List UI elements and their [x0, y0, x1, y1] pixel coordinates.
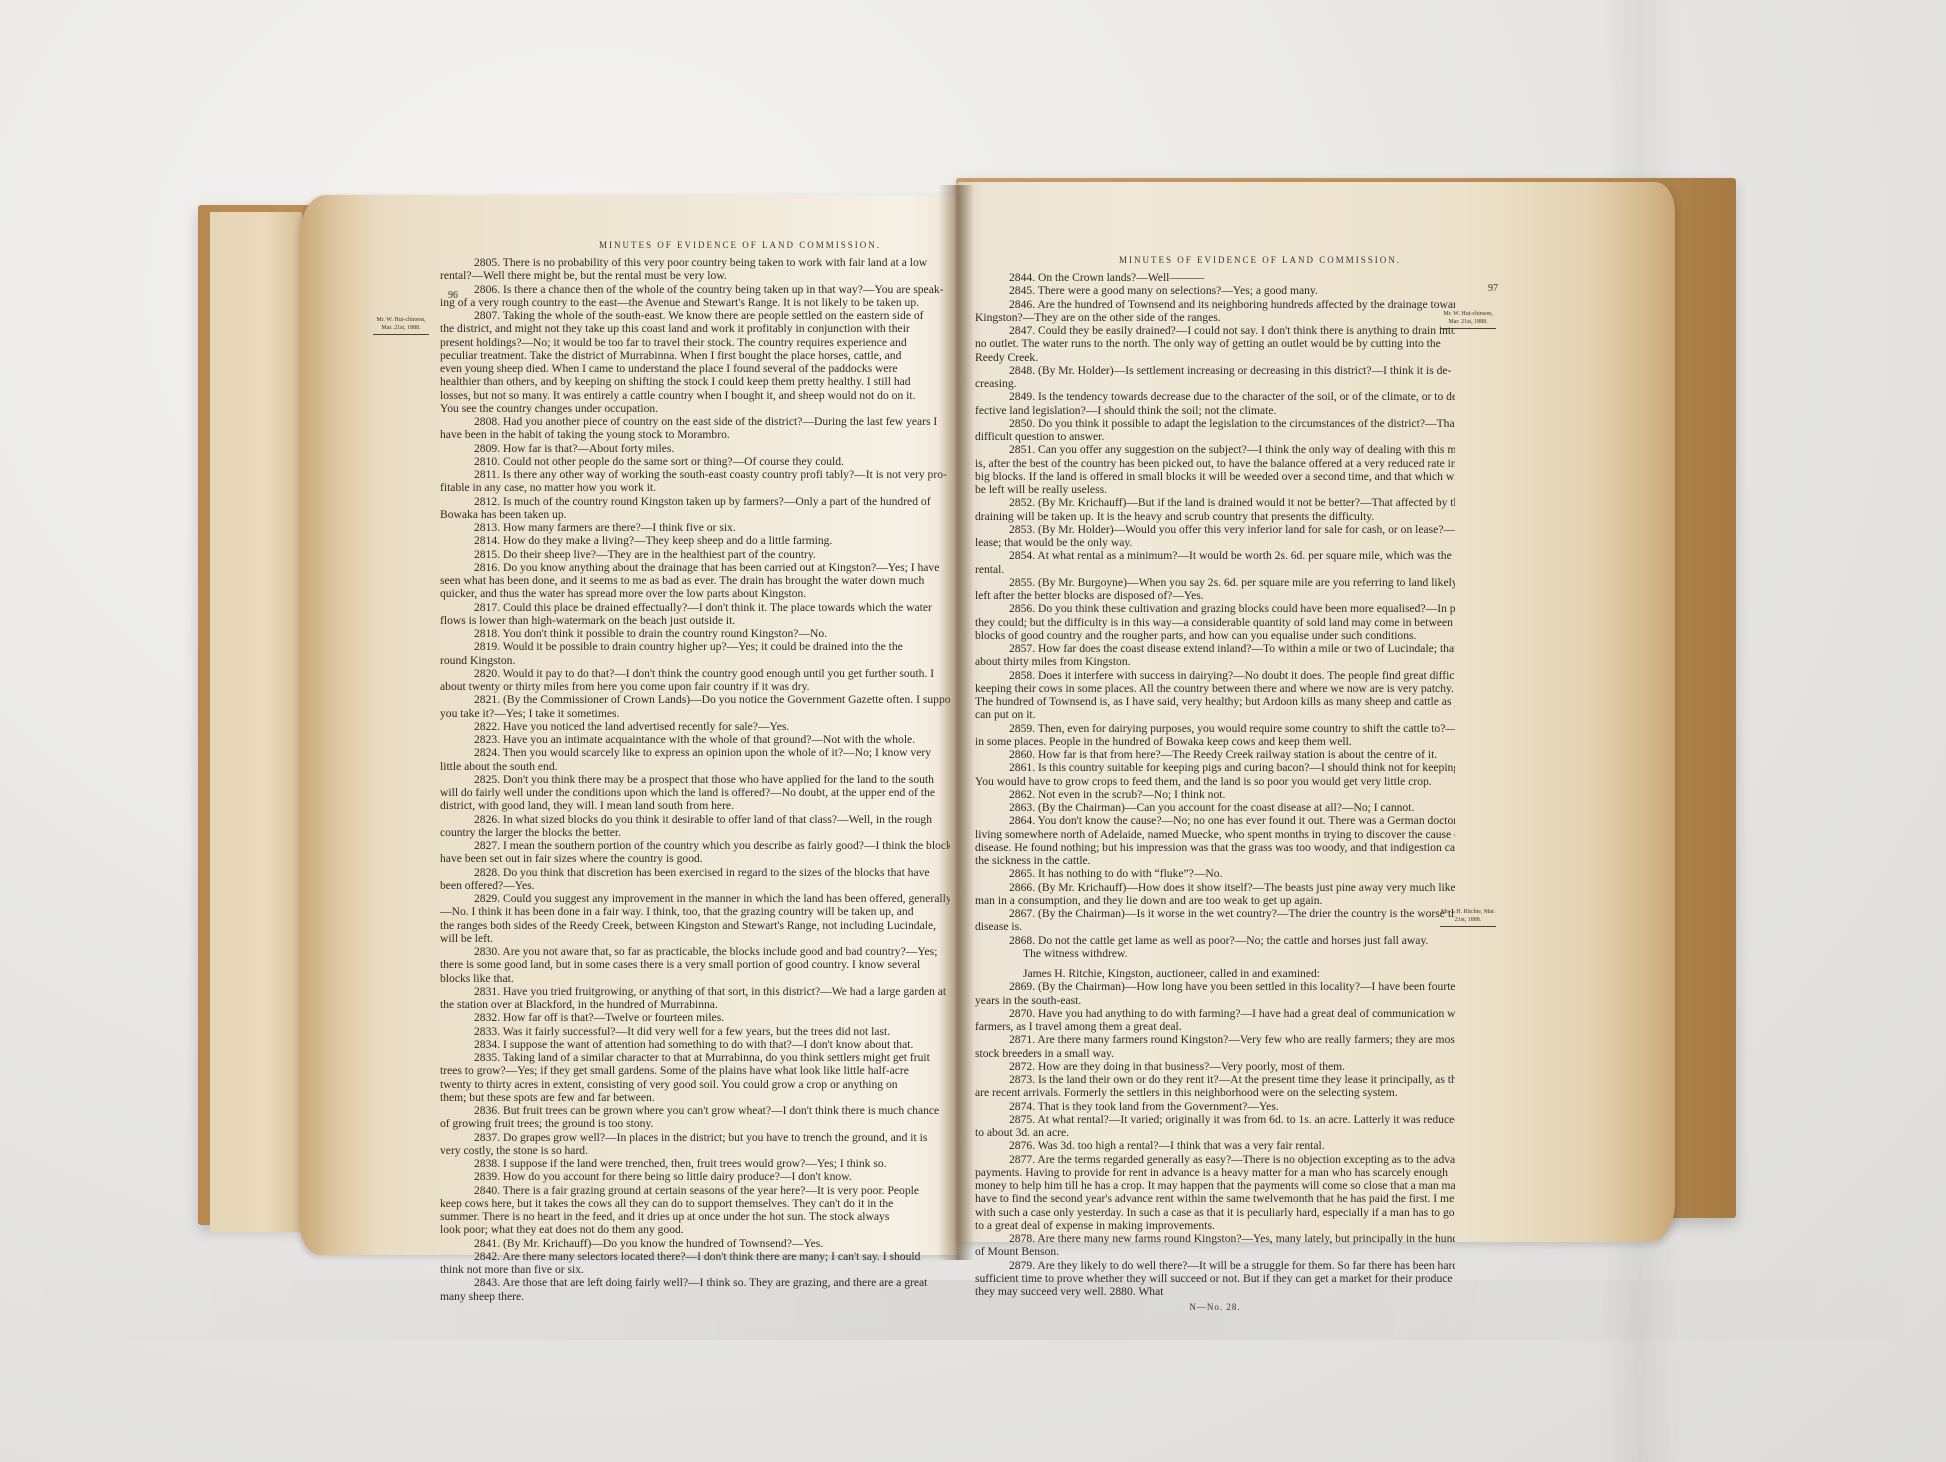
text-line: 2817. Could this place be drained effect…: [440, 601, 950, 614]
text-line: about twenty or thirty miles from here y…: [440, 680, 950, 693]
text-line: 2875. At what rental?—It varied; origina…: [975, 1113, 1455, 1126]
text-line: with such a case only yesterday. In such…: [975, 1206, 1455, 1219]
text-line: 2826. In what sized blocks do you think …: [440, 813, 950, 826]
text-line: 2848. (By Mr. Holder)—Is settlement incr…: [975, 364, 1455, 377]
text-line: of growing fruit trees; the ground is to…: [440, 1117, 950, 1130]
text-line: seen what has been done, and it seems to…: [440, 574, 950, 587]
margin-note: Mr. W. Hut-chinson, Mar. 21st, 1888.: [1440, 310, 1496, 329]
text-line: 2829. Could you suggest any improvement …: [440, 892, 950, 905]
text-line: many sheep there.: [440, 1290, 950, 1303]
text-line: 2843. Are those that are left doing fair…: [440, 1276, 950, 1289]
text-line: 2849. Is the tendency towards decrease d…: [975, 390, 1455, 403]
text-line: rental.: [975, 563, 1455, 576]
text-line: 2868. Do not the cattle get lame as well…: [975, 934, 1455, 947]
text-line: present holdings?—No; it would be too fa…: [440, 336, 950, 349]
text-line: blocks like that.: [440, 972, 950, 985]
text-line: of Mount Benson.: [975, 1245, 1455, 1258]
text-line: 2847. Could they be easily drained?—I co…: [975, 324, 1455, 337]
text-line: 2858. Does it interfere with success in …: [975, 669, 1455, 682]
page-text: 2844. On the Crown lands?—Well———2845. T…: [975, 271, 1455, 1298]
text-line: fective land legislation?—I should think…: [975, 404, 1455, 417]
text-line: 2805. There is no probability of this ve…: [440, 256, 950, 269]
text-line: man in a consumption, and they lie down …: [975, 894, 1455, 907]
text-line: creasing.: [975, 377, 1455, 390]
text-line: keeping their cows in some places. All t…: [975, 682, 1455, 695]
text-line: years in the south-east.: [975, 994, 1455, 1007]
text-line: district, with good land, they will. I m…: [440, 799, 950, 812]
text-line: You see the country changes under occupa…: [440, 402, 950, 415]
text-line: ing of a very rough country to the east—…: [440, 296, 950, 309]
text-line: keep cows here, but it takes the cows al…: [440, 1197, 950, 1210]
text-line: 2876. Was 3d. too high a rental?—I think…: [975, 1139, 1455, 1152]
text-line: 2827. I mean the southern portion of the…: [440, 839, 950, 852]
text-line: the district, and might not they take up…: [440, 322, 950, 335]
text-line: 2814. How do they make a living?—They ke…: [440, 534, 950, 547]
text-line: 2851. Can you offer any suggestion on th…: [975, 443, 1455, 456]
text-line: been offered?—Yes.: [440, 879, 950, 892]
text-line: 2842. Are there many selectors located t…: [440, 1250, 950, 1263]
text-line: 2877. Are the terms regarded generally a…: [975, 1153, 1455, 1166]
text-line: in some places. People in the hundred of…: [975, 735, 1455, 748]
left-page: MINUTES OF EVIDENCE OF LAND COMMISSION. …: [440, 240, 950, 1303]
text-line: fitable in any case, no matter how you w…: [440, 481, 950, 494]
text-line: disease. He found nothing; but his impre…: [975, 841, 1455, 854]
text-line: 2861. Is this country suitable for keepi…: [975, 761, 1455, 774]
text-line: will do fairly well under the conditions…: [440, 786, 950, 799]
text-line: 2862. Not even in the scrub?—No; I think…: [975, 788, 1455, 801]
text-line: 2839. How do you account for there being…: [440, 1170, 950, 1183]
text-line: farmers, as I travel among them a great …: [975, 1020, 1455, 1033]
text-line: 2853. (By Mr. Holder)—Would you offer th…: [975, 523, 1455, 536]
text-line: 2852. (By Mr. Krichauff)—But if the land…: [975, 496, 1455, 509]
text-line: 2838. I suppose if the land were trenche…: [440, 1157, 950, 1170]
flyleaf: [210, 212, 302, 1232]
text-line: think not more than five or six.: [440, 1263, 950, 1276]
text-line: 2812. Is much of the country round Kings…: [440, 495, 950, 508]
text-line: 2864. You don't know the cause?—No; no o…: [975, 814, 1455, 827]
text-line: [975, 960, 1455, 967]
text-line: left after the better blocks are dispose…: [975, 589, 1455, 602]
text-line: 2815. Do their sheep live?—They are in t…: [440, 548, 950, 561]
text-line: country the larger the blocks the better…: [440, 826, 950, 839]
text-line: 2845. There were a good many on selectio…: [975, 284, 1455, 297]
text-line: healthier than others, and by keeping on…: [440, 375, 950, 388]
text-line: 2828. Do you think that discretion has b…: [440, 866, 950, 879]
text-line: be left will be really useless.: [975, 483, 1455, 496]
text-line: 2869. (By the Chairman)—How long have yo…: [975, 980, 1455, 993]
text-line: look poor; what they eat does not do the…: [440, 1223, 950, 1236]
margin-note: Mr. J. H. Ritchie, Mar. 21st, 1888.: [1440, 908, 1496, 927]
text-line: money to help him till he has a crop. It…: [975, 1179, 1455, 1192]
text-line: about thirty miles from Kingston.: [975, 655, 1455, 668]
page-text: 2805. There is no probability of this ve…: [440, 256, 950, 1303]
text-line: the station over at Blackford, in the hu…: [440, 998, 950, 1011]
text-line: 2806. Is there a chance then of the whol…: [440, 283, 950, 296]
text-line: have been set out in fair sizes where th…: [440, 852, 950, 865]
text-line: 2807. Taking the whole of the south-east…: [440, 309, 950, 322]
text-line: Bowaka has been taken up.: [440, 508, 950, 521]
text-line: 2840. There is a fair grazing ground at …: [440, 1184, 950, 1197]
text-line: living somewhere north of Adelaide, name…: [975, 828, 1455, 841]
text-line: 2833. Was it fairly successful?—It did v…: [440, 1025, 950, 1038]
text-line: —No. I think it has been done in a fair …: [440, 905, 950, 918]
text-line: 2850. Do you think it possible to adapt …: [975, 417, 1455, 430]
running-head: MINUTES OF EVIDENCE OF LAND COMMISSION.: [1065, 255, 1455, 265]
text-line: blocks of good country and the rougher p…: [975, 629, 1455, 642]
text-line: 2867. (By the Chairman)—Is it worse in t…: [975, 907, 1455, 920]
text-line: 2870. Have you had anything to do with f…: [975, 1007, 1455, 1020]
text-line: James H. Ritchie, Kingston, auctioneer, …: [975, 967, 1455, 980]
text-line: 2857. How far does the coast disease ext…: [975, 642, 1455, 655]
text-line: 2824. Then you would scarcely like to ex…: [440, 746, 950, 759]
text-line: stock breeders in a small way.: [975, 1047, 1455, 1060]
text-line: difficult question to answer.: [975, 430, 1455, 443]
text-line: no outlet. The water runs to the north. …: [975, 337, 1455, 350]
text-line: 2856. Do you think these cultivation and…: [975, 602, 1455, 615]
text-line: 2859. Then, even for dairying purposes, …: [975, 722, 1455, 735]
text-line: 2854. At what rental as a minimum?—It wo…: [975, 549, 1455, 562]
text-line: the sickness in the cattle.: [975, 854, 1455, 867]
text-line: 2820. Would it pay to do that?—I don't t…: [440, 667, 950, 680]
text-line: to about 3d. an acre.: [975, 1126, 1455, 1139]
text-line: 2855. (By Mr. Burgoyne)—When you say 2s.…: [975, 576, 1455, 589]
text-line: The witness withdrew.: [975, 947, 1455, 960]
text-line: 2873. Is the land their own or do they r…: [975, 1073, 1455, 1086]
text-line: will be left.: [440, 932, 950, 945]
text-line: the ranges both sides of the Reedy Creek…: [440, 919, 950, 932]
text-line: payments. Having to provide for rent in …: [975, 1166, 1455, 1179]
text-line: are recent arrivals. Formerly the settle…: [975, 1086, 1455, 1099]
text-line: them; but these spots are few and far be…: [440, 1091, 950, 1104]
text-line: 2860. How far is that from here?—The Ree…: [975, 748, 1455, 761]
text-line: summer. There is no heart in the feed, a…: [440, 1210, 950, 1223]
text-line: you take it?—Yes; I take it sometimes.: [440, 707, 950, 720]
text-line: losses, but not so many. It was entirely…: [440, 389, 950, 402]
text-line: 2874. That is they took land from the Go…: [975, 1100, 1455, 1113]
text-line: little about the south end.: [440, 760, 950, 773]
text-line: 2816. Do you know anything about the dra…: [440, 561, 950, 574]
text-line: 2835. Taking land of a similar character…: [440, 1051, 950, 1064]
text-line: You would have to grow crops to feed the…: [975, 775, 1455, 788]
text-line: can put on it.: [975, 708, 1455, 721]
text-line: 2822. Have you noticed the land advertis…: [440, 720, 950, 733]
page-number: 96: [448, 290, 458, 301]
text-line: 2871. Are there many farmers round Kings…: [975, 1033, 1455, 1046]
text-line: 2830. Are you not aware that, so far as …: [440, 945, 950, 958]
text-line: to a great deal of expense in making imp…: [975, 1219, 1455, 1232]
text-line: big blocks. If the land is offered in sm…: [975, 470, 1455, 483]
text-line: disease is.: [975, 920, 1455, 933]
text-line: 2846. Are the hundred of Townsend and it…: [975, 298, 1455, 311]
text-line: twenty to thirty acres in extent, consis…: [440, 1078, 950, 1091]
text-line: The hundred of Townsend is, as I have sa…: [975, 695, 1455, 708]
text-line: they could; but the difficulty is in thi…: [975, 616, 1455, 629]
running-head: MINUTES OF EVIDENCE OF LAND COMMISSION.: [530, 240, 950, 250]
text-line: have to find the second year's advance r…: [975, 1192, 1455, 1205]
text-line: have been in the habit of taking the you…: [440, 428, 950, 441]
text-line: they may succeed very well. 2880. What: [975, 1285, 1455, 1298]
text-line: flows is lower than high-watermark on th…: [440, 614, 950, 627]
text-line: 2834. I suppose the want of attention ha…: [440, 1038, 950, 1051]
text-line: 2831. Have you tried fruitgrowing, or an…: [440, 985, 950, 998]
right-page: MINUTES OF EVIDENCE OF LAND COMMISSION. …: [975, 255, 1455, 1312]
text-line: 2819. Would it be possible to drain coun…: [440, 640, 950, 653]
text-line: rental?—Well there might be, but the ren…: [440, 269, 950, 282]
text-line: 2825. Don't you think there may be a pro…: [440, 773, 950, 786]
text-line: draining will be taken up. It is the hea…: [975, 510, 1455, 523]
page-number: 97: [1488, 283, 1498, 294]
text-line: 2811. Is there any other way of working …: [440, 468, 950, 481]
text-line: 2821. (By the Commissioner of Crown Land…: [440, 693, 950, 706]
text-line: 2865. It has nothing to do with “fluke”?…: [975, 867, 1455, 880]
text-line: very costly, the stone is so hard.: [440, 1144, 950, 1157]
text-line: 2841. (By Mr. Krichauff)—Do you know the…: [440, 1237, 950, 1250]
text-line: 2832. How far off is that?—Twelve or fou…: [440, 1011, 950, 1024]
text-line: trees to grow?—Yes; if they get small ga…: [440, 1064, 950, 1077]
text-line: 2810. Could not other people do the same…: [440, 455, 950, 468]
signature-mark: N—No. 28.: [975, 1302, 1455, 1312]
text-line: 2836. But fruit trees can be grown where…: [440, 1104, 950, 1117]
text-line: 2863. (By the Chairman)—Can you account …: [975, 801, 1455, 814]
text-line: 2809. How far is that?—About forty miles…: [440, 442, 950, 455]
text-line: there is some good land, but in some cas…: [440, 958, 950, 971]
text-line: 2866. (By Mr. Krichauff)—How does it sho…: [975, 881, 1455, 894]
book-gutter: [938, 185, 974, 1260]
text-line: 2872. How are they doing in that busines…: [975, 1060, 1455, 1073]
text-line: round Kingston.: [440, 654, 950, 667]
text-line: 2878. Are there many new farms round Kin…: [975, 1232, 1455, 1245]
text-line: Reedy Creek.: [975, 351, 1455, 364]
text-line: is, after the best of the country has be…: [975, 457, 1455, 470]
text-line: 2818. You don't think it possible to dra…: [440, 627, 950, 640]
text-line: peculiar treatment. Take the district of…: [440, 349, 950, 362]
text-line: sufficient time to prove whether they wi…: [975, 1272, 1455, 1285]
text-line: 2823. Have you an intimate acquaintance …: [440, 733, 950, 746]
text-line: lease; that would be the only way.: [975, 536, 1455, 549]
text-line: 2879. Are they likely to do well there?—…: [975, 1259, 1455, 1272]
text-line: 2837. Do grapes grow well?—In places in …: [440, 1131, 950, 1144]
text-line: 2808. Had you another piece of country o…: [440, 415, 950, 428]
text-line: 2844. On the Crown lands?—Well———: [975, 271, 1455, 284]
text-line: even young sheep died. When I came to un…: [440, 362, 950, 375]
text-line: Kingston?—They are on the other side of …: [975, 311, 1455, 324]
text-line: quicker, and thus the water has spread m…: [440, 587, 950, 600]
text-line: 2813. How many farmers are there?—I thin…: [440, 521, 950, 534]
margin-note: Mr. W. Hut-chinson, Mar. 21st, 1888.: [373, 316, 429, 335]
